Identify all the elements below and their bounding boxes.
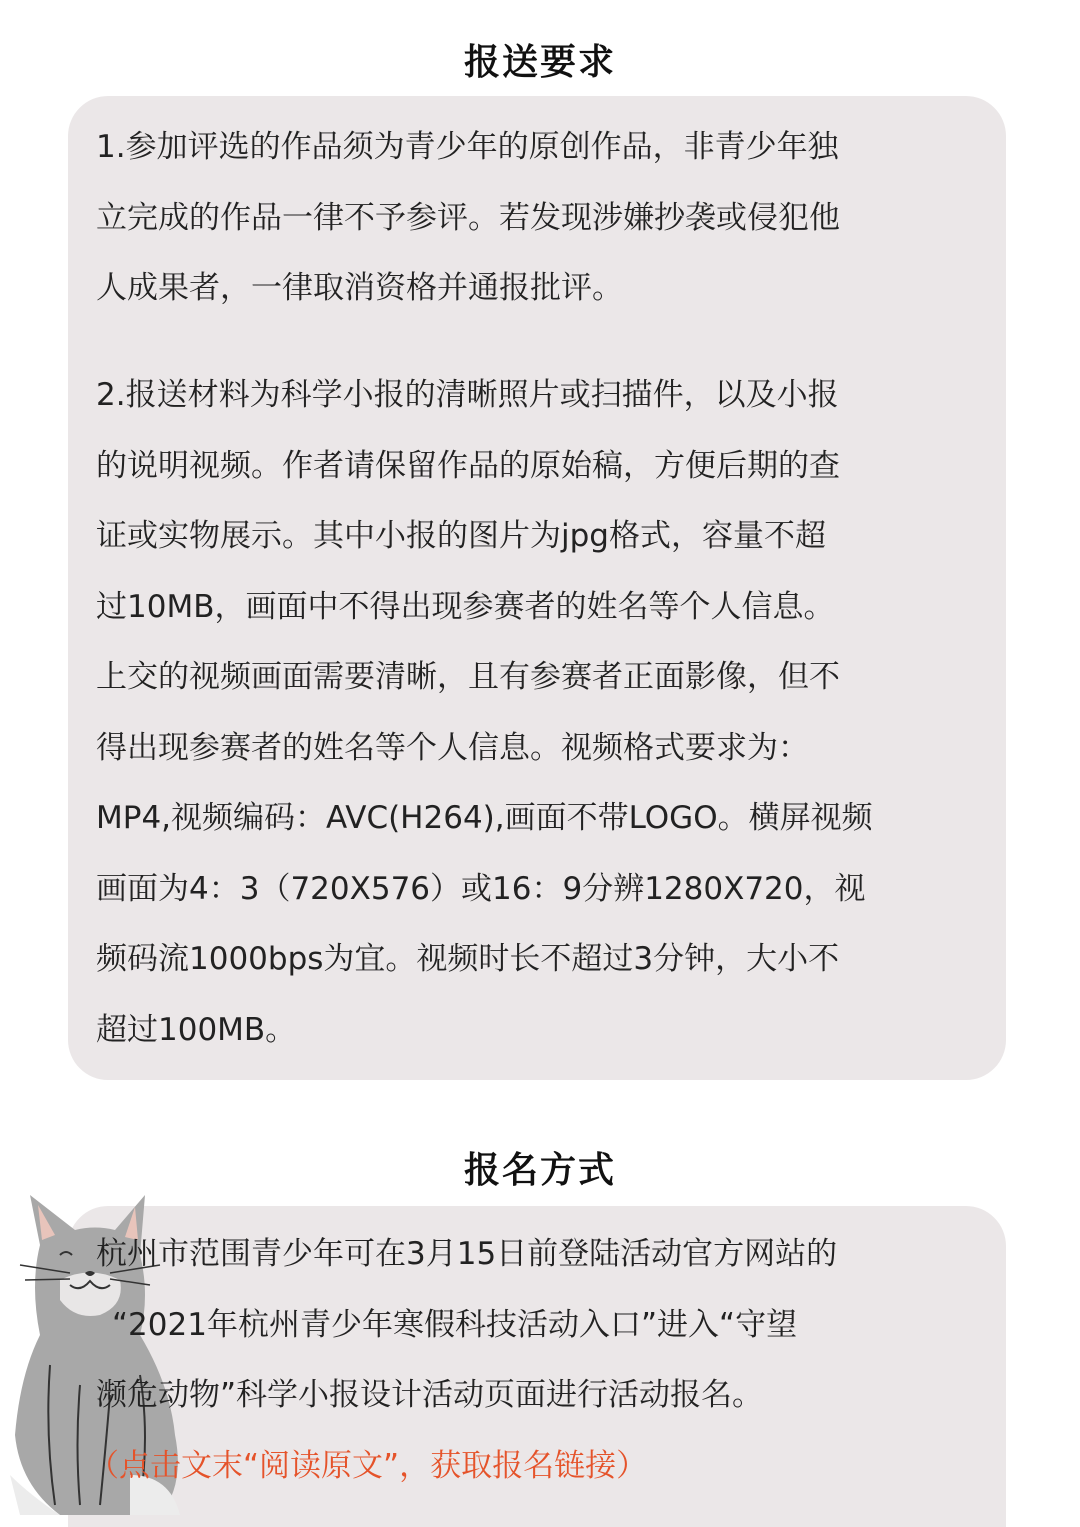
read-original-link[interactable]: （点击文末“阅读原文”，获取报名链接）: [88, 1431, 837, 1502]
requirement-paragraph-1: 1.参加评选的作品须为青少年的原创作品，非青少年独 立完成的作品一律不予参评。若…: [96, 112, 840, 324]
text-line: 1.参加评选的作品须为青少年的原创作品，非青少年独: [96, 112, 840, 183]
requirement-paragraph-2: 2.报送材料为科学小报的清晰照片或扫描件，以及小报 的说明视频。作者请保留作品的…: [96, 360, 873, 1065]
text-line: 证或实物展示。其中小报的图片为jpg格式，容量不超: [96, 501, 873, 572]
text-line: “2021年杭州青少年寒假科技活动入口”进入“守望: [96, 1290, 837, 1361]
text-line: 上交的视频画面需要清晰，且有参赛者正面影像，但不: [96, 642, 873, 713]
text-line: 过10MB，画面中不得出现参赛者的姓名等个人信息。: [96, 572, 873, 643]
text-line: 立完成的作品一律不予参评。若发现涉嫌抄袭或侵犯他: [96, 183, 840, 254]
text-line: 画面为4：3（720X576）或16：9分辨1280X720，视: [96, 854, 873, 925]
text-line: 濒危动物”科学小报设计活动页面进行活动报名。: [96, 1360, 837, 1431]
text-line: 频码流1000bps为宜。视频时长不超过3分钟，大小不: [96, 924, 873, 995]
text-line: 杭州市范围青少年可在3月15日前登陆活动官方网站的: [96, 1219, 837, 1290]
text-line: 的说明视频。作者请保留作品的原始稿，方便后期的查: [96, 431, 873, 502]
text-line: 得出现参赛者的姓名等个人信息。视频格式要求为：: [96, 713, 873, 784]
section-title-submission-requirements: 报送要求: [0, 34, 1080, 85]
text-line: MP4,视频编码：AVC(H264),画面不带LOGO。横屏视频: [96, 783, 873, 854]
text-line: 人成果者，一律取消资格并通报批评。: [96, 253, 840, 324]
registration-text: 杭州市范围青少年可在3月15日前登陆活动官方网站的 “2021年杭州青少年寒假科…: [96, 1219, 837, 1501]
text-line: 2.报送材料为科学小报的清晰照片或扫描件，以及小报: [96, 360, 873, 431]
text-line: 超过100MB。: [96, 995, 873, 1066]
